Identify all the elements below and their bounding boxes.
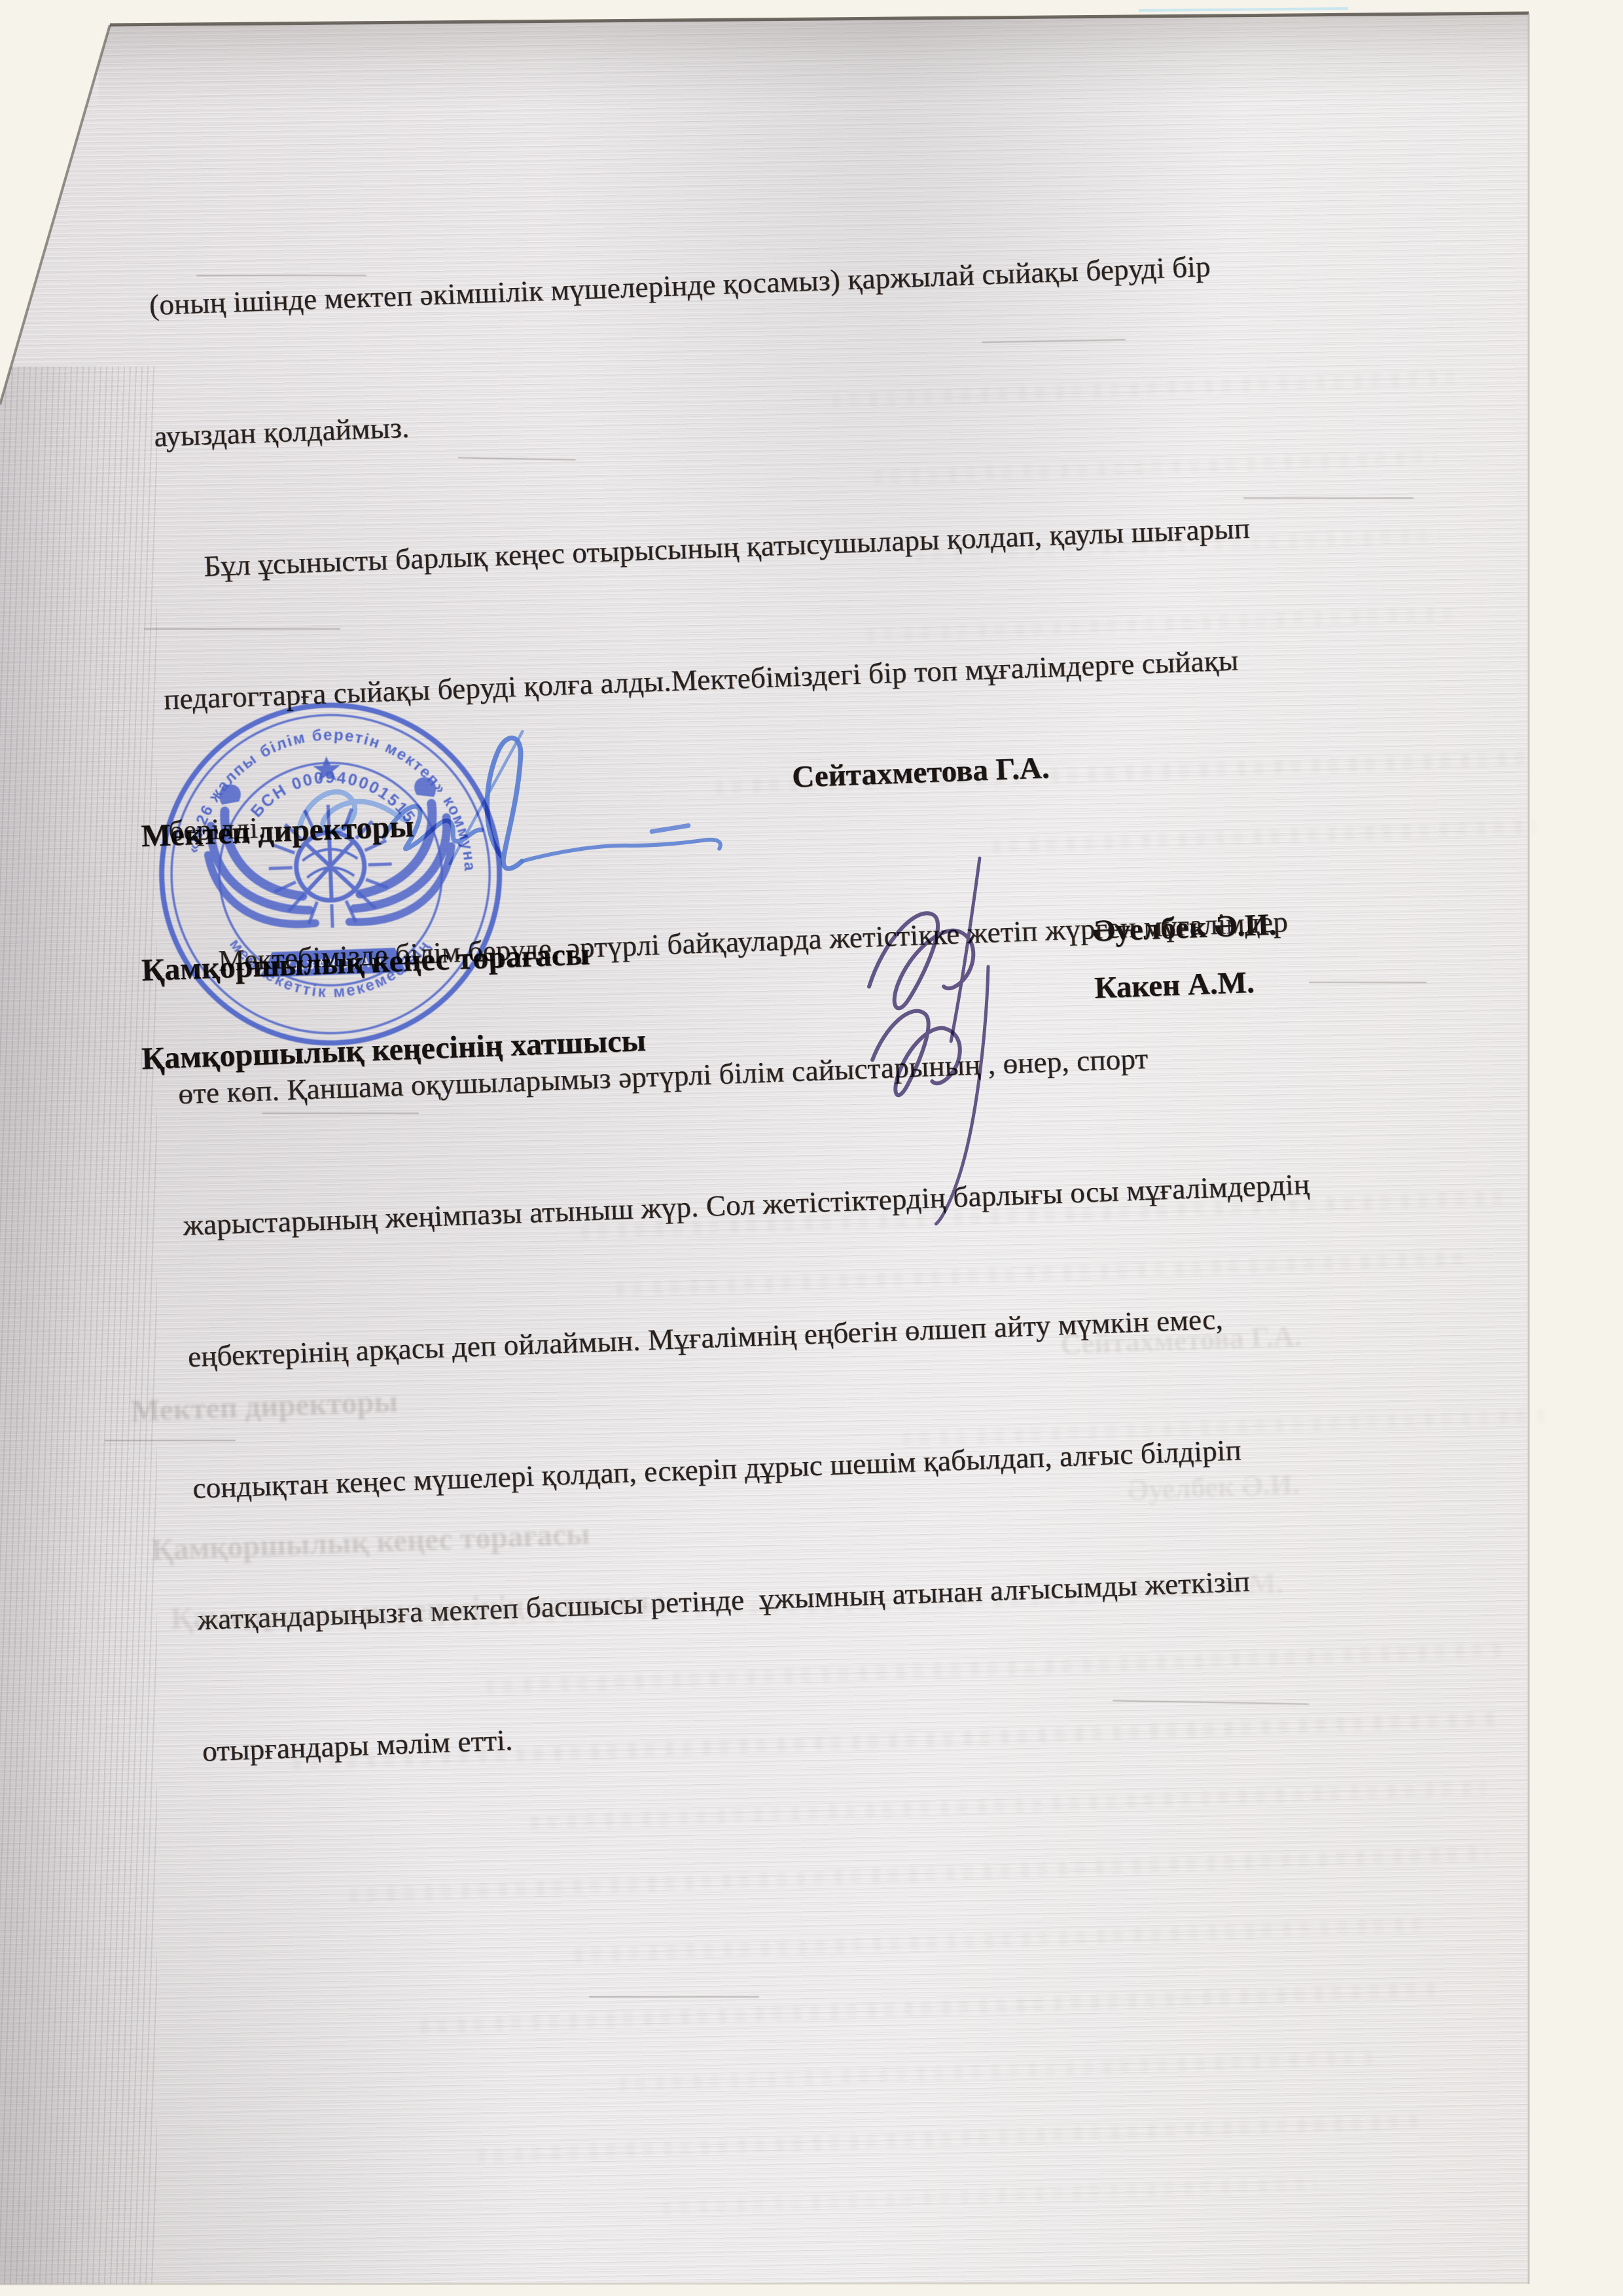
name-kaken: Какен А.М. <box>1094 965 1255 1006</box>
ghost-name-3: Какен А.М. <box>1133 1566 1283 1605</box>
bleed-through-line <box>575 1917 1426 1963</box>
name-auelbek: Әуелбек Ә.И. <box>1092 907 1277 949</box>
bleed-through-line <box>619 2050 1378 2092</box>
bleed-through-line <box>663 2177 1317 2215</box>
page-content: (оның ішінде мектеп әкімшілік мүшелерінд… <box>0 0 1623 2296</box>
signature-director-handwriting <box>281 713 745 883</box>
bleed-through-line <box>478 2114 1420 2163</box>
bleed-through-line <box>420 1982 1441 2034</box>
ghost-name-2: Әуелбек Ә.И. <box>1127 1467 1300 1507</box>
signature-secretary-handwriting <box>849 950 1029 1237</box>
body-line: (оның ішінде мектеп әкімшілік мүшелерінд… <box>149 236 1445 328</box>
scanned-page: (оның ішінде мектеп әкімшілік мүшелерінд… <box>0 0 1623 2296</box>
bleed-through-line <box>350 1846 1489 1903</box>
